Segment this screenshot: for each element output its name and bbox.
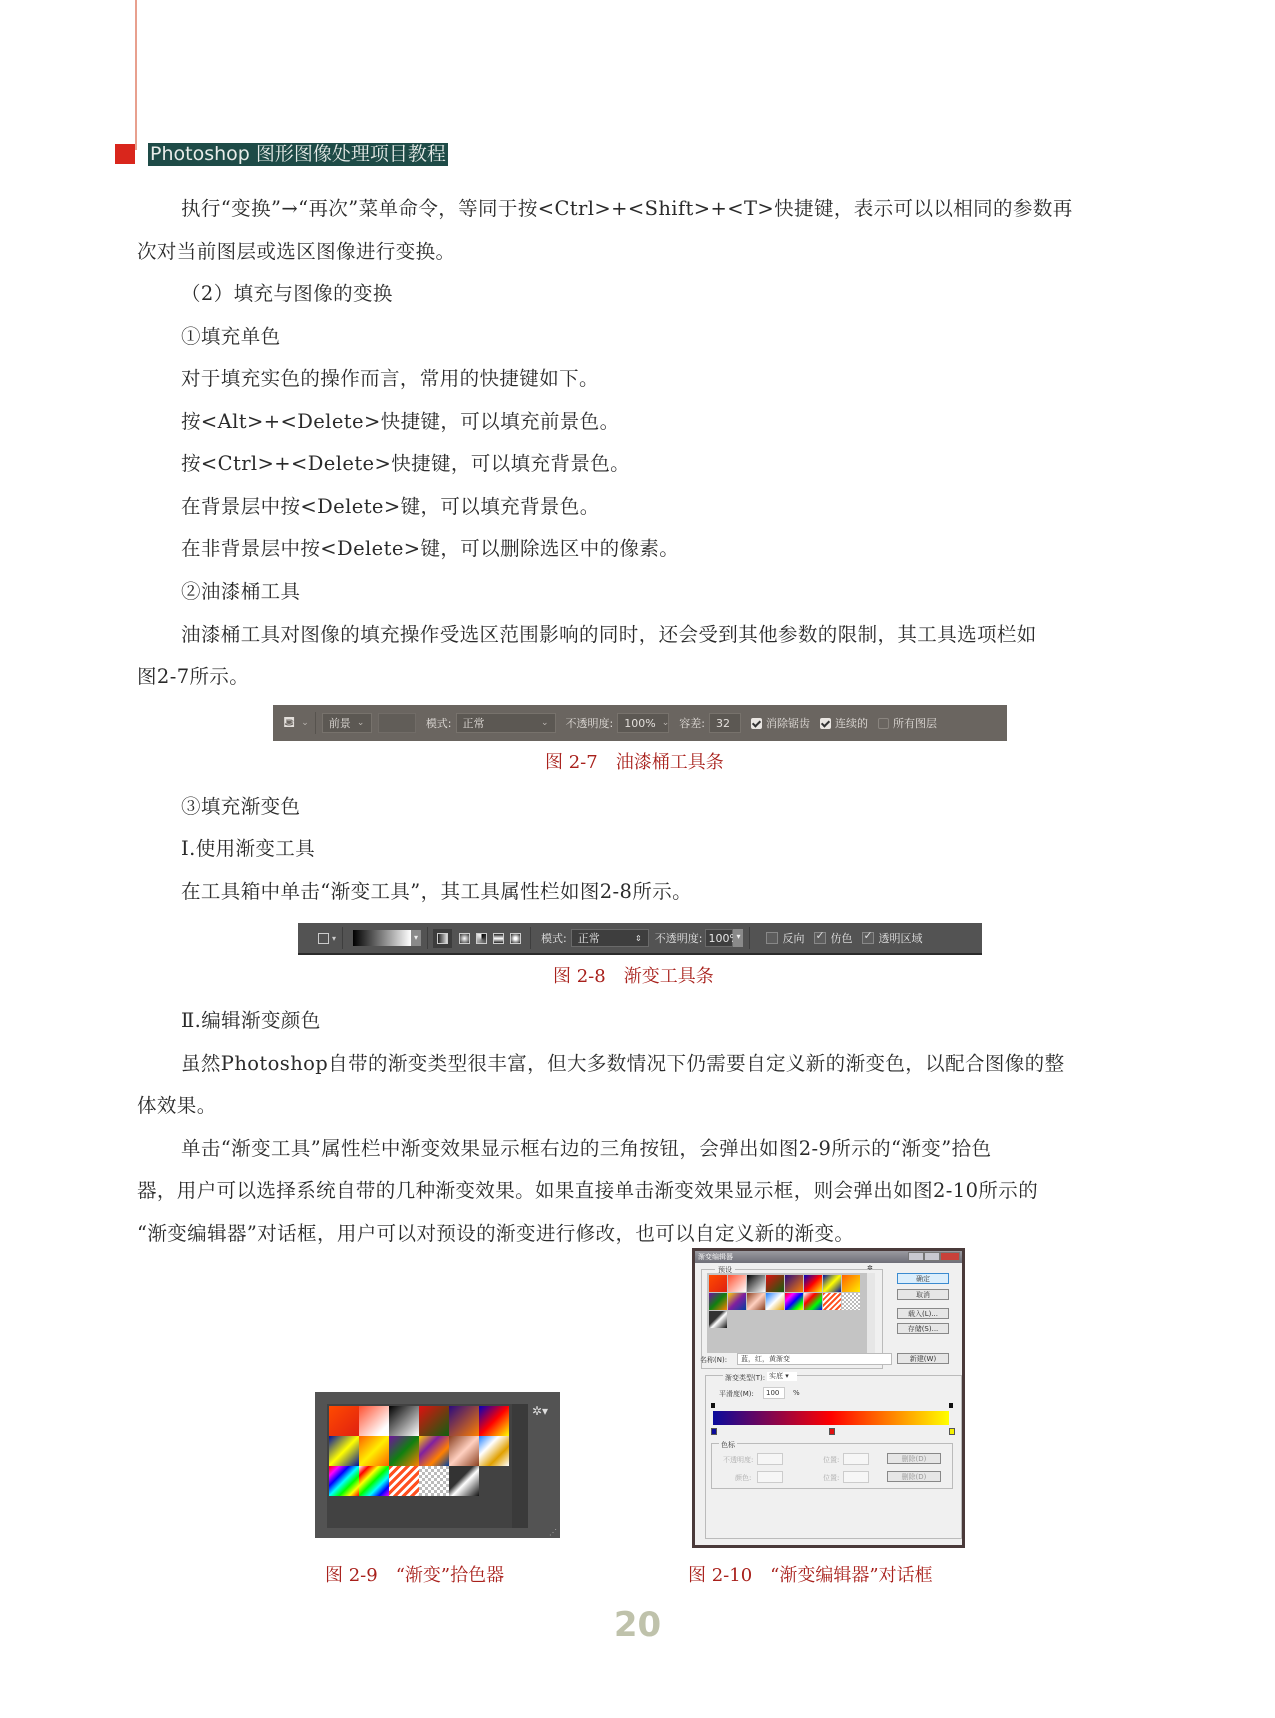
gradient-swatch[interactable]: [359, 1466, 389, 1496]
gradient-swatch[interactable]: [419, 1406, 449, 1436]
opacity-label: 不透明度:: [655, 930, 703, 946]
gradient-preview[interactable]: [353, 930, 411, 946]
ok-button[interactable]: 确定: [897, 1273, 949, 1284]
paragraph-line: 图2-7所示。: [137, 661, 249, 689]
section-heading: （2）填充与图像的变换: [181, 278, 393, 306]
gradient-swatch[interactable]: [329, 1466, 359, 1496]
maximize-button[interactable]: [924, 1252, 940, 1261]
gradient-swatch[interactable]: [389, 1466, 419, 1496]
transparency-checkbox[interactable]: [862, 932, 874, 944]
gradient-swatch[interactable]: [804, 1293, 822, 1310]
stop-color-swatch[interactable]: [757, 1471, 783, 1483]
close-button[interactable]: [940, 1252, 960, 1261]
gradient-swatch[interactable]: [823, 1293, 841, 1310]
paragraph-line: 虽然Photoshop自带的渐变类型很丰富，但大多数情况下仍需要自定义新的渐变色…: [181, 1048, 1065, 1076]
paint-bucket-options-bar: ⛾ ⌄ 前景⌄ 模式: 正常⌄ 不透明度: 100%⌄ 容差: 32 消除锯齿 …: [273, 705, 1007, 741]
paragraph-line: 单击“渐变工具”属性栏中渐变效果显示框右边的三角按钮，会弹出如图2-9所示的“渐…: [181, 1133, 991, 1161]
paint-bucket-icon[interactable]: ⛾: [283, 713, 295, 733]
color-stop[interactable]: [829, 1428, 835, 1435]
sub-heading: Ⅰ.使用渐变工具: [181, 833, 315, 861]
new-button[interactable]: 新建(W): [897, 1353, 949, 1364]
delete-button[interactable]: 删除(D): [887, 1453, 941, 1464]
angle-gradient-icon[interactable]: [476, 933, 487, 944]
tolerance-label: 容差:: [679, 715, 705, 731]
stop-opacity-field[interactable]: [757, 1453, 783, 1465]
paragraph-line: 按<Ctrl>+<Delete>快捷键，可以填充背景色。: [181, 448, 630, 476]
opacity-dropdown[interactable]: ▾: [733, 929, 743, 947]
location-field[interactable]: [843, 1471, 869, 1483]
paragraph-line: 次对当前图层或选区图像进行变换。: [137, 236, 455, 264]
paragraph-line: 执行“变换”→“再次”菜单命令，等同于按<Ctrl>+<Shift>+<T>快捷…: [181, 193, 1073, 221]
figure-caption: 图 2-9 “渐变”拾色器: [325, 1561, 504, 1587]
smoothness-label: 平滑度(M):: [719, 1389, 754, 1399]
gradient-swatch[interactable]: [329, 1406, 359, 1436]
gradient-swatch[interactable]: [449, 1406, 479, 1436]
stop-opacity-label: 不透明度:: [723, 1455, 753, 1465]
pattern-select: [378, 713, 416, 733]
opacity-stop[interactable]: [711, 1403, 715, 1408]
preset-swatches: [707, 1273, 875, 1353]
figure-caption: 图 2-8 渐变工具条: [553, 962, 714, 988]
opacity-field[interactable]: 100%⌄: [617, 713, 669, 733]
gradient-swatch[interactable]: [479, 1436, 509, 1466]
smoothness-field[interactable]: 100: [763, 1387, 785, 1399]
paragraph-line: 对于填充实色的操作而言，常用的快捷键如下。: [181, 363, 599, 391]
gradient-picker-panel: ✲▾ ⋰: [315, 1392, 560, 1538]
type-select[interactable]: 实底 ▾: [767, 1372, 797, 1381]
mode-select[interactable]: 正常⇕: [571, 929, 649, 947]
tolerance-field[interactable]: 32: [709, 713, 741, 733]
load-button[interactable]: 载入(L)...: [897, 1308, 949, 1319]
fill-source-select[interactable]: 前景⌄: [322, 713, 372, 733]
gradient-swatch[interactable]: [709, 1311, 727, 1328]
type-label: 渐变类型(T):: [723, 1373, 767, 1383]
gradient-swatch[interactable]: [728, 1275, 746, 1292]
diamond-gradient-icon[interactable]: [510, 933, 521, 944]
gradient-swatch[interactable]: [479, 1406, 509, 1436]
gradient-swatch[interactable]: [389, 1436, 419, 1466]
sub-heading: ①填充单色: [181, 321, 281, 349]
linear-gradient-icon[interactable]: [437, 933, 448, 944]
gradient-swatch[interactable]: [419, 1436, 449, 1466]
sub-heading: ③填充渐变色: [181, 791, 300, 819]
location-label: 位置:: [823, 1473, 839, 1483]
header-marker: [115, 144, 135, 164]
gradient-swatch-grid: [327, 1404, 512, 1528]
location-label: 位置:: [823, 1455, 839, 1465]
gradient-bar[interactable]: [713, 1411, 949, 1425]
contiguous-checkbox[interactable]: [820, 718, 831, 729]
gradient-swatch[interactable]: [785, 1293, 803, 1310]
reflected-gradient-icon[interactable]: [493, 933, 504, 944]
gradient-swatch[interactable]: [766, 1293, 784, 1310]
running-header: Photoshop 图形图像处理项目教程: [148, 143, 448, 166]
gradient-swatch[interactable]: [359, 1406, 389, 1436]
paragraph-line: “渐变编辑器”对话框，用户可以对预设的渐变进行修改，也可以自定义新的渐变。: [137, 1218, 854, 1246]
sub-heading: ②油漆桶工具: [181, 576, 300, 604]
chevron-down-icon[interactable]: ▾: [332, 934, 336, 943]
gradient-swatch[interactable]: [785, 1275, 803, 1292]
delete-button[interactable]: 删除(D): [887, 1471, 941, 1482]
location-field[interactable]: [843, 1453, 869, 1465]
margin-rule: [135, 0, 137, 150]
gradient-swatch[interactable]: [747, 1293, 765, 1310]
gradient-preset-icon[interactable]: [318, 933, 329, 944]
mode-select[interactable]: 正常⌄: [456, 713, 556, 733]
save-button[interactable]: 存储(S)...: [897, 1323, 949, 1334]
name-label: 名称(N):: [700, 1355, 727, 1365]
gradient-swatch[interactable]: [389, 1406, 419, 1436]
gradient-editor-dialog: 渐变编辑器 预设 ✲ 确定 取消 载入(L)... 存储(S)... 名称(N)…: [692, 1248, 965, 1548]
cancel-button[interactable]: 取消: [897, 1289, 949, 1300]
all-layers-checkbox[interactable]: [878, 718, 889, 729]
stops-label: 色标: [719, 1440, 737, 1450]
paragraph-line: 在背景层中按<Delete>键，可以填充背景色。: [181, 491, 600, 519]
anti-alias-checkbox[interactable]: [751, 718, 762, 729]
scrollbar[interactable]: [512, 1404, 528, 1528]
paragraph-line: 按<Alt>+<Delete>快捷键，可以填充前景色。: [181, 406, 619, 434]
opacity-field[interactable]: 100%: [705, 929, 733, 947]
paragraph-line: 在非背景层中按<Delete>键，可以删除选区中的像素。: [181, 533, 679, 561]
minimize-button[interactable]: [908, 1252, 924, 1261]
reverse-checkbox[interactable]: [766, 932, 778, 944]
color-stop[interactable]: [711, 1428, 717, 1435]
gradient-swatch[interactable]: [329, 1436, 359, 1466]
gradient-swatch[interactable]: [449, 1436, 479, 1466]
gradient-swatch[interactable]: [766, 1275, 784, 1292]
paragraph-line: 油漆桶工具对图像的填充操作受选区范围影响的同时，还会受到其他参数的限制，其工具选…: [181, 619, 1037, 647]
chevron-down-icon[interactable]: ⌄: [301, 718, 309, 728]
gradient-swatch[interactable]: [823, 1275, 841, 1292]
gradient-swatch[interactable]: [709, 1275, 727, 1292]
gradient-swatch[interactable]: [709, 1293, 727, 1310]
scrollbar[interactable]: [867, 1273, 875, 1353]
mode-label: 模式:: [426, 715, 452, 731]
gear-icon[interactable]: ✲: [867, 1264, 873, 1272]
gear-icon[interactable]: ✲▾: [532, 1404, 548, 1418]
gradient-swatch[interactable]: [842, 1275, 860, 1292]
gradient-swatch[interactable]: [728, 1293, 746, 1310]
figure-caption: 图 2-10 “渐变编辑器”对话框: [688, 1561, 933, 1587]
gradient-swatch[interactable]: [419, 1466, 449, 1496]
paragraph-line: 器，用户可以选择系统自带的几种渐变效果。如果直接单击渐变效果显示框，则会弹出如图…: [137, 1175, 1038, 1203]
resize-grip-icon[interactable]: ⋰: [549, 1528, 557, 1537]
name-field[interactable]: 蓝，红，黄渐变: [737, 1353, 892, 1365]
paragraph-line: 在工具箱中单击“渐变工具”，其工具属性栏如图2-8所示。: [181, 876, 692, 904]
paragraph-line: 体效果。: [137, 1090, 217, 1118]
mode-label: 模式:: [541, 930, 567, 946]
gradient-swatch[interactable]: [359, 1436, 389, 1466]
opacity-label: 不透明度:: [566, 715, 614, 731]
sub-heading: Ⅱ.编辑渐变颜色: [181, 1005, 321, 1033]
page-number: 20: [0, 1605, 1275, 1645]
gradient-swatch[interactable]: [842, 1293, 860, 1310]
gradient-swatch[interactable]: [804, 1275, 822, 1292]
opacity-stop[interactable]: [949, 1403, 953, 1408]
color-stop[interactable]: [949, 1428, 955, 1435]
radial-gradient-icon[interactable]: [459, 933, 470, 944]
gradient-swatch[interactable]: [747, 1275, 765, 1292]
percent-label: %: [793, 1389, 800, 1397]
stop-color-label: 颜色:: [735, 1473, 751, 1483]
gradient-options-bar: ▾ ▾ 模式: 正常⇕ 不透明度: 100% ▾ 反向 仿色 透明区域: [298, 923, 982, 955]
figure-caption: 图 2-7 油漆桶工具条: [545, 748, 724, 774]
gradient-swatch[interactable]: [449, 1466, 479, 1496]
dither-checkbox[interactable]: [814, 932, 826, 944]
gradient-picker-dropdown[interactable]: ▾: [411, 930, 421, 946]
